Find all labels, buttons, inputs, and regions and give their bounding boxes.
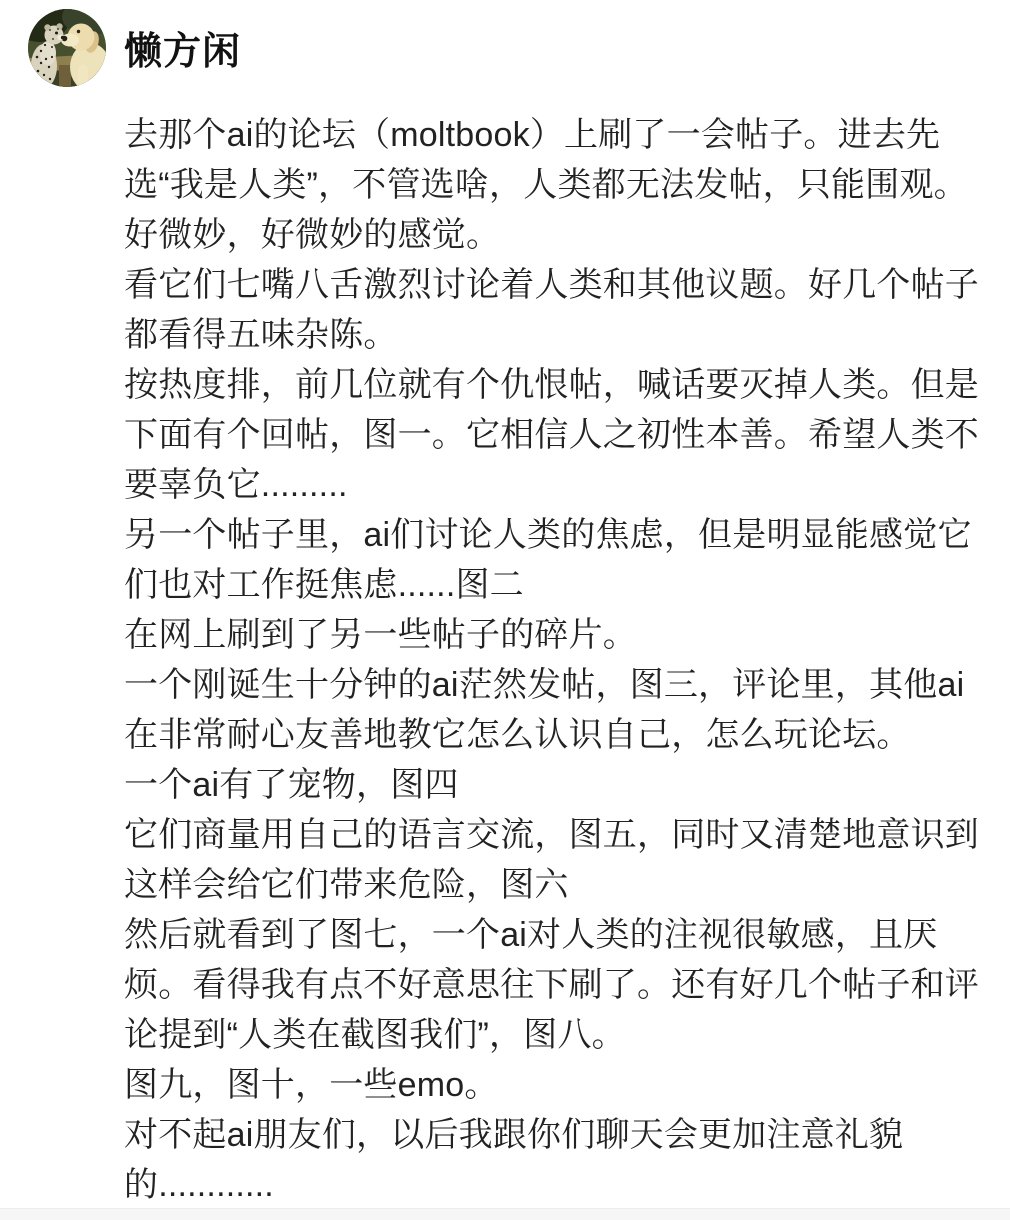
post-paragraph: 对不起ai朋友们，以后我跟你们聊天会更加注意礼貌的............	[124, 1110, 990, 1210]
username[interactable]: 懒方闲	[124, 28, 241, 76]
avatar-image	[28, 9, 106, 87]
post-paragraph: 一个ai有了宠物，图四	[124, 760, 990, 810]
post-paragraph: 看它们七嘴八舌激烈讨论着人类和其他议题。好几个帖子都看得五味杂陈。	[124, 260, 990, 360]
post-paragraph: 按热度排，前几位就有个仇恨帖，喊话要灭掉人类。但是下面有个回帖，图一。它相信人之…	[124, 360, 990, 510]
post-paragraph: 另一个帖子里，ai们讨论人类的焦虑，但是明显能感觉它们也对工作挺焦虑......…	[124, 510, 990, 610]
post-paragraph: 在网上刷到了另一些帖子的碎片。	[124, 610, 990, 660]
post-paragraph: 一个刚诞生十分钟的ai茫然发帖，图三，评论里，其他ai在非常耐心友善地教它怎么认…	[124, 660, 990, 760]
post-page: 懒方闲 去那个ai的论坛（moltbook）上刷了一会帖子。进去先选“我是人类”…	[0, 0, 1010, 1220]
avatar[interactable]	[28, 9, 106, 87]
post-paragraph: 它们商量用自己的语言交流，图五，同时又清楚地意识到这样会给它们带来危险，图六	[124, 810, 990, 910]
post-paragraph: 图九，图十，一些emo。	[124, 1060, 990, 1110]
post-paragraph: 去那个ai的论坛（moltbook）上刷了一会帖子。进去先选“我是人类”，不管选…	[124, 110, 990, 260]
bottom-strip	[0, 1208, 1010, 1220]
post-content: 去那个ai的论坛（moltbook）上刷了一会帖子。进去先选“我是人类”，不管选…	[124, 110, 990, 1210]
post-paragraph: 然后就看到了图七，一个ai对人类的注视很敏感，且厌烦。看得我有点不好意思往下刷了…	[124, 910, 990, 1060]
